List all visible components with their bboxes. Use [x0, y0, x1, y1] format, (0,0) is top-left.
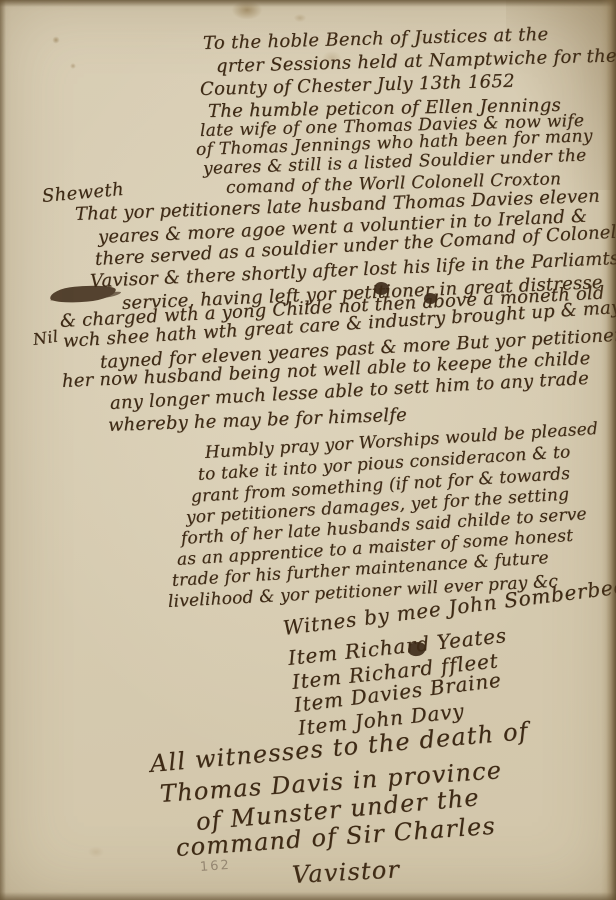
- page-number-pencil: 162: [199, 858, 231, 875]
- handwriting-layer: To the hoble Bench of Justices at theqrt…: [0, 0, 616, 900]
- manuscript-page: To the hoble Bench of Justices at theqrt…: [0, 0, 616, 900]
- endorsement-line: Vavistor: [291, 855, 400, 889]
- margin-note-nil: Nil: [32, 327, 60, 349]
- scanned-document: To the hoble Bench of Justices at theqrt…: [0, 0, 616, 900]
